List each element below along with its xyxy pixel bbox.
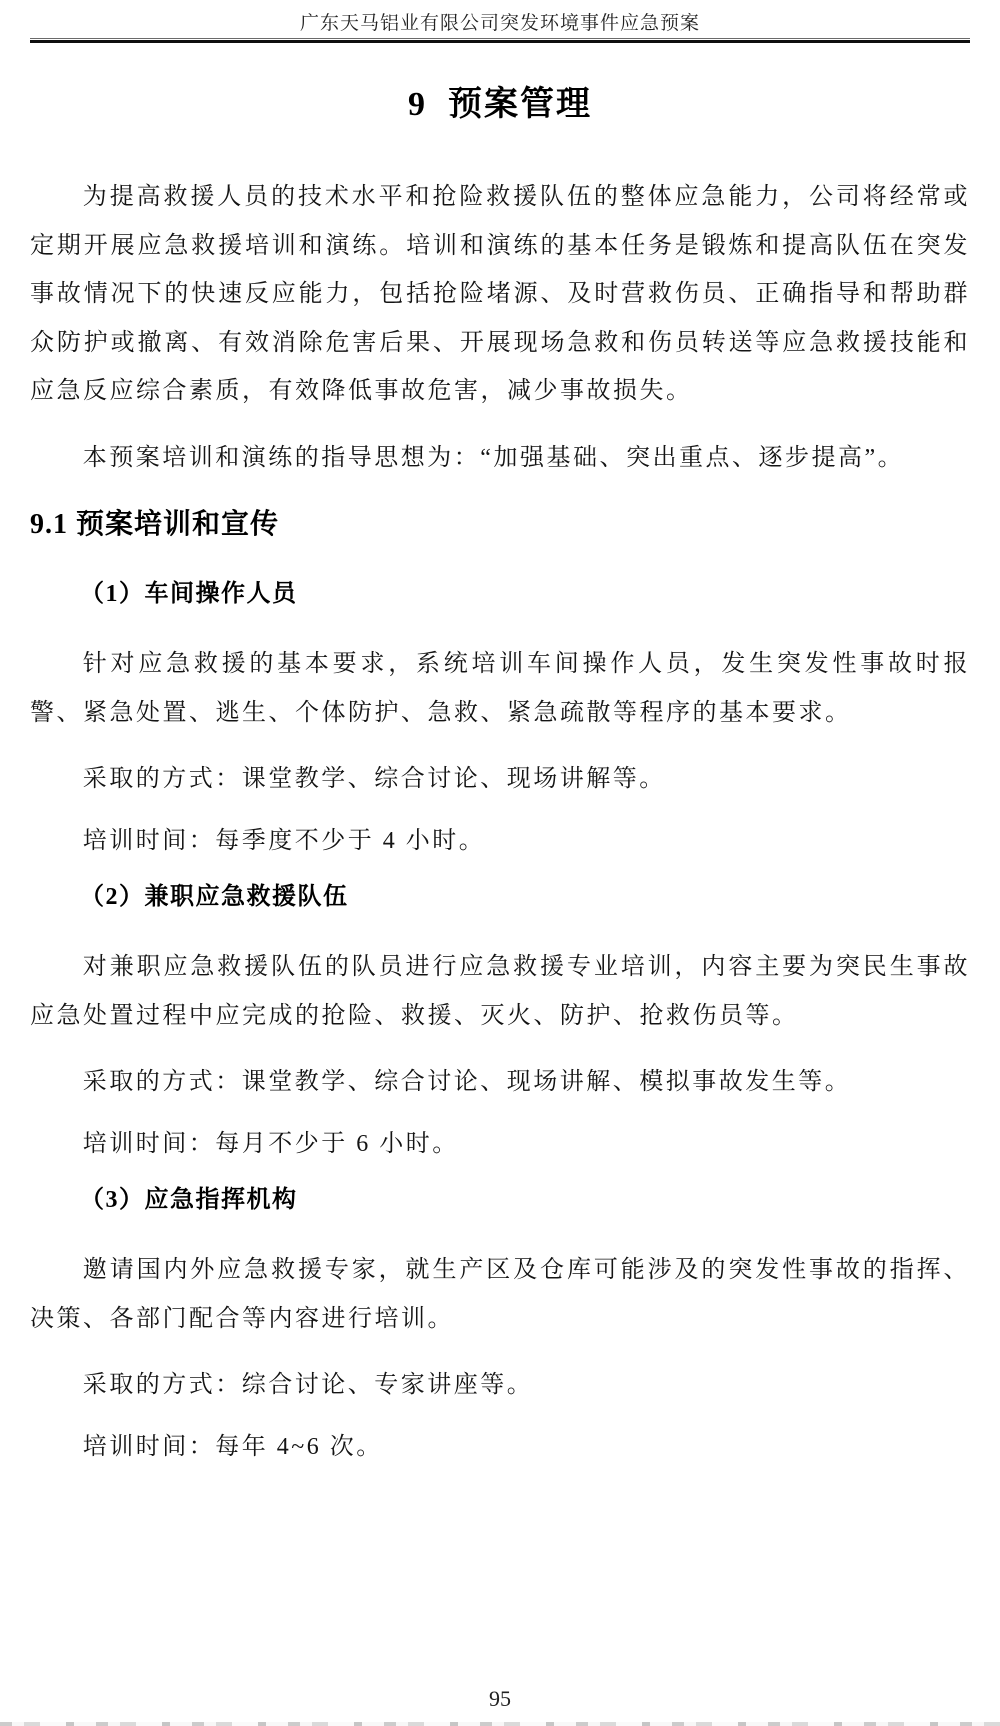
- item-time-line: 培训时间：每年 4~6 次。: [30, 1423, 970, 1472]
- item-method-line: 采取的方式：课堂教学、综合讨论、现场讲解、模拟事故发生等。: [30, 1058, 970, 1107]
- item-heading: （1）车间操作人员: [30, 576, 970, 612]
- item-method-line: 采取的方式：课堂教学、综合讨论、现场讲解等。: [30, 755, 970, 804]
- item-time-line: 培训时间：每季度不少于 4 小时。: [30, 817, 970, 866]
- training-item-1: （1）车间操作人员 针对应急救援的基本要求，系统培训车间操作人员，发生突发性事故…: [30, 576, 970, 865]
- intro-paragraph: 为提高救援人员的技术水平和抢险救援队伍的整体应急能力，公司将经常或定期开展应急救…: [30, 173, 970, 416]
- page-header-title: 广东天马铝业有限公司突发环境事件应急预案: [30, 0, 970, 35]
- scan-cutoff-artifact: [0, 1722, 1000, 1726]
- document-page: 广东天马铝业有限公司突发环境事件应急预案 9 预案管理 为提高救援人员的技术水平…: [0, 0, 1000, 1726]
- header-rule: [30, 38, 970, 43]
- training-item-3: （3）应急指挥机构 邀请国内外应急救援专家，就生产区及仓库可能涉及的突发性事故的…: [30, 1182, 970, 1471]
- item-method-line: 采取的方式：综合讨论、专家讲座等。: [30, 1361, 970, 1410]
- item-paragraph: 针对应急救援的基本要求，系统培训车间操作人员，发生突发性事故时报警、紧急处置、逃…: [30, 640, 970, 737]
- item-paragraph: 邀请国内外应急救援专家，就生产区及仓库可能涉及的突发性事故的指挥、决策、各部门配…: [30, 1246, 970, 1343]
- item-heading: （2）兼职应急救援队伍: [30, 879, 970, 915]
- item-paragraph: 对兼职应急救援队伍的队员进行应急救援专业培训，内容主要为突民生事故应急处置过程中…: [30, 943, 970, 1040]
- item-time-line: 培训时间：每月不少于 6 小时。: [30, 1120, 970, 1169]
- section-heading-9-1: 9.1 预案培训和宣传: [30, 506, 970, 544]
- training-item-2: （2）兼职应急救援队伍 对兼职应急救援队伍的队员进行应急救援专业培训，内容主要为…: [30, 879, 970, 1168]
- item-heading: （3）应急指挥机构: [30, 1182, 970, 1218]
- chapter-title: 9 预案管理: [30, 83, 970, 127]
- intro-paragraph: 本预案培训和演练的指导思想为：“加强基础、突出重点、逐步提高”。: [30, 434, 970, 483]
- page-number: 95: [0, 1686, 1000, 1712]
